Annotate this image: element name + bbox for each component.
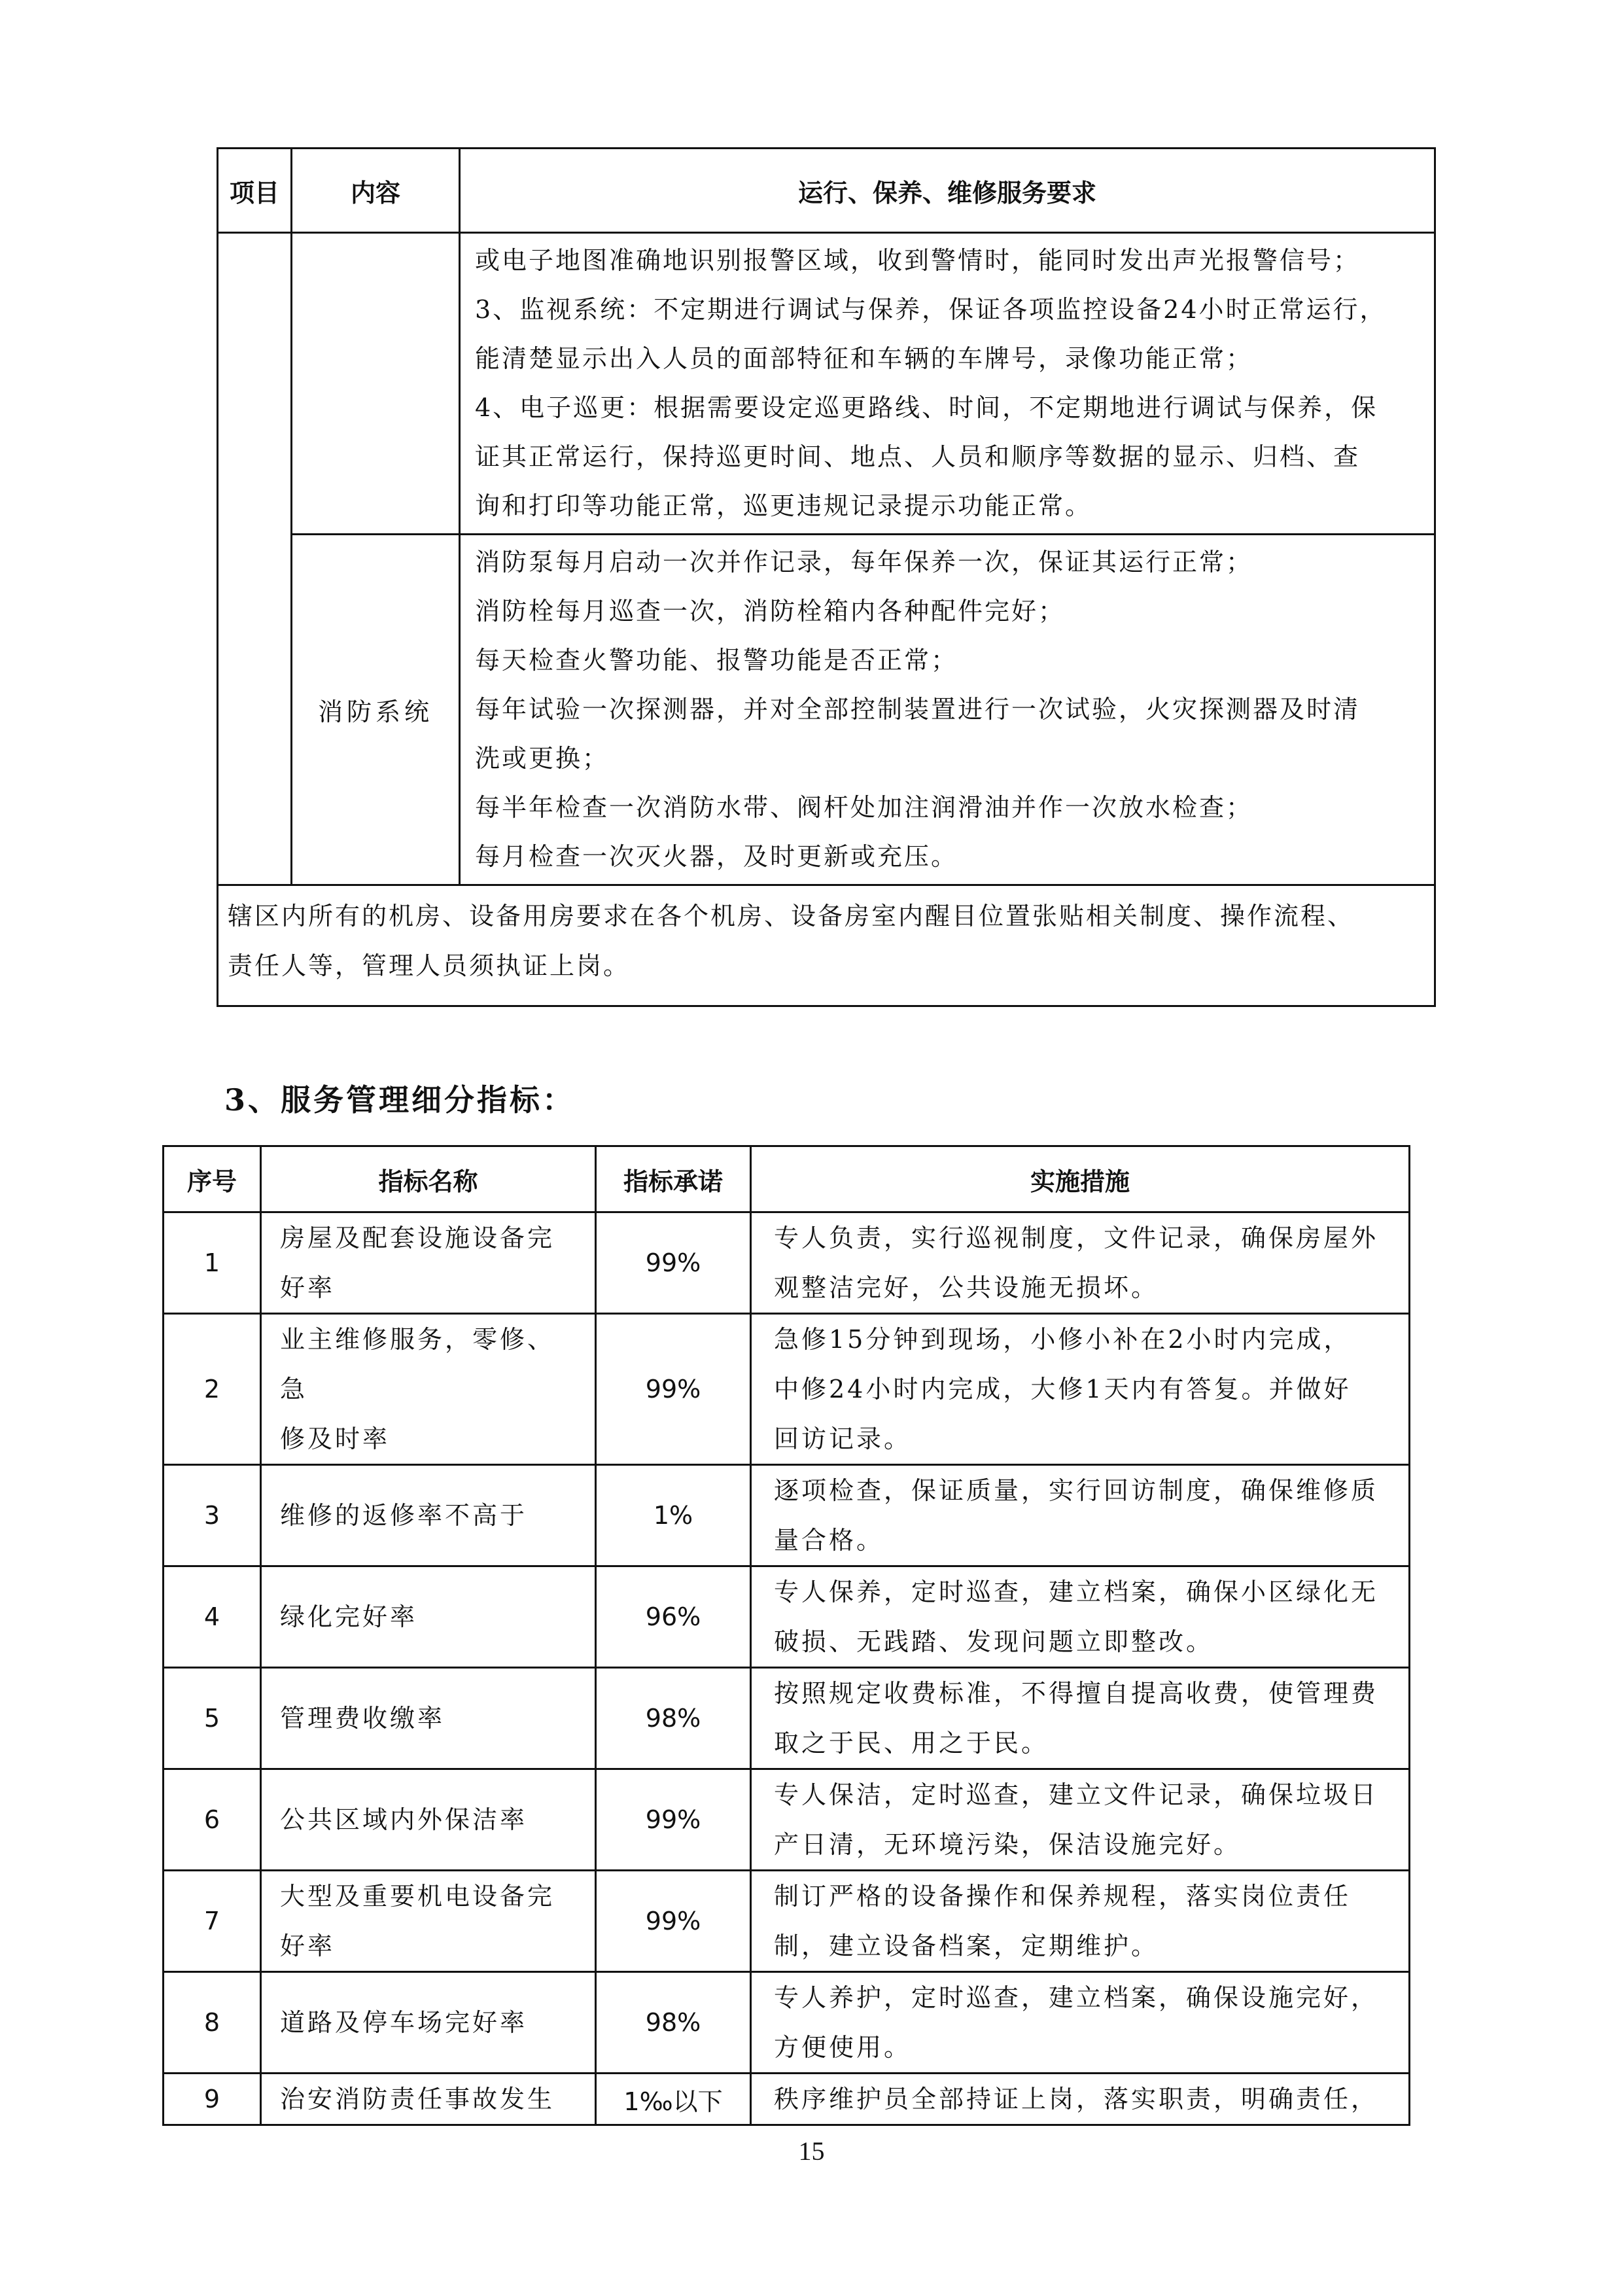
name-line: 道路及停车场完好率: [280, 1998, 580, 2047]
row-number: 8: [164, 1972, 261, 2074]
measure-line: 专人养护，定时巡查，建立档案，确保设施完好，: [774, 1973, 1397, 2022]
indicator-commitment: 98%: [596, 1668, 751, 1769]
measure-line: 方便使用。: [774, 2022, 1397, 2072]
measure-line: 制订严格的设备操作和保养规程，落实岗位责任: [774, 1871, 1397, 1921]
table1-row-security: 或电子地图准确地识别报警区域，收到警情时，能同时发出声光报警信号； 3、监视系统…: [218, 233, 1435, 535]
row-number: 9: [164, 2074, 261, 2125]
measure-line: 回访记录。: [774, 1414, 1397, 1464]
row-number: 2: [164, 1314, 261, 1465]
indicator-commitment: 98%: [596, 1972, 751, 2074]
header-measures: 实施措施: [751, 1146, 1410, 1212]
table-row: 2 业主维修服务，零修、急 修及时率 99% 急修15分钟到现场，小修小补在2小…: [164, 1314, 1410, 1465]
indicator-commitment: 1‰以下: [596, 2074, 751, 2125]
requirement-line: 每月检查一次灭火器，及时更新或充压。: [475, 832, 1425, 881]
name-line: 维修的返修率不高于: [280, 1491, 580, 1540]
indicator-name: 公共区域内外保洁率: [261, 1769, 596, 1871]
row-number: 4: [164, 1566, 261, 1668]
header-item: 项目: [218, 149, 292, 233]
requirement-line: 消防栓每月巡查一次，消防栓箱内各种配件完好；: [475, 587, 1425, 636]
measure-line: 制，建立设备档案，定期维护。: [774, 1921, 1397, 1971]
requirement-line: 每半年检查一次消防水带、阀杆处加注润滑油并作一次放水检查；: [475, 783, 1425, 832]
row-number: 3: [164, 1465, 261, 1566]
requirement-line: 或电子地图准确地识别报警区域，收到警情时，能同时发出声光报警信号；: [475, 236, 1425, 285]
name-line: 业主维修服务，零修、急: [280, 1315, 580, 1414]
measure-line: 专人负责，实行巡视制度，文件记录，确保房屋外: [774, 1213, 1397, 1263]
indicator-measures: 逐项检查，保证质量，实行回访制度，确保维修质 量合格。: [751, 1465, 1410, 1566]
indicator-name: 维修的返修率不高于: [261, 1465, 596, 1566]
row-number: 6: [164, 1769, 261, 1871]
indicator-name: 管理费收缴率: [261, 1668, 596, 1769]
name-line: 修及时率: [280, 1414, 580, 1464]
page-number: 15: [0, 2136, 1623, 2166]
requirement-line: 3、监视系统：不定期进行调试与保养，保证各项监控设备24小时正常运行，: [475, 285, 1425, 334]
indicator-measures: 制订严格的设备操作和保养规程，落实岗位责任 制，建立设备档案，定期维护。: [751, 1871, 1410, 1972]
section-heading: 3、服务管理细分指标：: [224, 1076, 575, 1120]
indicator-commitment: 99%: [596, 1871, 751, 1972]
table-row: 8 道路及停车场完好率 98% 专人养护，定时巡查，建立档案，确保设施完好， 方…: [164, 1972, 1410, 2074]
indicator-name: 道路及停车场完好率: [261, 1972, 596, 2074]
table-row: 5 管理费收缴率 98% 按照规定收费标准，不得擅自提高收费，使管理费 取之于民…: [164, 1668, 1410, 1769]
indicator-commitment: 1%: [596, 1465, 751, 1566]
name-line: 好率: [280, 1263, 580, 1313]
item-cell: [218, 233, 292, 885]
measure-line: 中修24小时内完成，大修1天内有答复。并做好: [774, 1364, 1397, 1414]
measure-line: 逐项检查，保证质量，实行回访制度，确保维修质: [774, 1466, 1397, 1515]
indicator-name: 绿化完好率: [261, 1566, 596, 1668]
measure-line: 产日清，无环境污染，保洁设施完好。: [774, 1820, 1397, 1869]
table-row: 9 治安消防责任事故发生 1‰以下 秩序维护员全部持证上岗，落实职责，明确责任，: [164, 2074, 1410, 2125]
requirement-line: 询和打印等功能正常，巡更违规记录提示功能正常。: [475, 482, 1425, 531]
table-row: 6 公共区域内外保洁率 99% 专人保洁，定时巡查，建立文件记录，确保垃圾日 产…: [164, 1769, 1410, 1871]
requirement-line: 证其正常运行，保持巡更时间、地点、人员和顺序等数据的显示、归档、查: [475, 433, 1425, 482]
row-number: 7: [164, 1871, 261, 1972]
measure-line: 按照规定收费标准，不得擅自提高收费，使管理费: [774, 1669, 1397, 1718]
indicator-commitment: 99%: [596, 1769, 751, 1871]
row-number: 1: [164, 1212, 261, 1314]
indicator-name: 房屋及配套设施设备完 好率: [261, 1212, 596, 1314]
header-content: 内容: [292, 149, 460, 233]
note-cell: 辖区内所有的机房、设备用房要求在各个机房、设备房室内醒目位置张贴相关制度、操作流…: [218, 885, 1435, 1006]
table1-row-note: 辖区内所有的机房、设备用房要求在各个机房、设备房室内醒目位置张贴相关制度、操作流…: [218, 885, 1435, 1006]
table1-header-row: 项目 内容 运行、保养、维修服务要求: [218, 149, 1435, 233]
indicator-commitment: 96%: [596, 1566, 751, 1668]
measure-line: 专人保洁，定时巡查，建立文件记录，确保垃圾日: [774, 1770, 1397, 1820]
indicator-measures: 秩序维护员全部持证上岗，落实职责，明确责任，: [751, 2074, 1410, 2125]
table-row: 3 维修的返修率不高于 1% 逐项检查，保证质量，实行回访制度，确保维修质 量合…: [164, 1465, 1410, 1566]
table2-header-row: 序号 指标名称 指标承诺 实施措施: [164, 1146, 1410, 1212]
name-line: 治安消防责任事故发生: [280, 2074, 580, 2124]
requirement-line: 每天检查火警功能、报警功能是否正常；: [475, 636, 1425, 685]
measure-line: 量合格。: [774, 1515, 1397, 1565]
requirement-line: 洗或更换；: [475, 734, 1425, 783]
name-line: 好率: [280, 1921, 580, 1971]
indicator-commitment: 99%: [596, 1212, 751, 1314]
name-line: 房屋及配套设施设备完: [280, 1213, 580, 1263]
indicator-measures: 专人负责，实行巡视制度，文件记录，确保房屋外 观整洁完好，公共设施无损坏。: [751, 1212, 1410, 1314]
content-cell: [292, 233, 460, 535]
requirement-line: 能清楚显示出入人员的面部特征和车辆的车牌号，录像功能正常；: [475, 334, 1425, 383]
requirements-cell: 或电子地图准确地识别报警区域，收到警情时，能同时发出声光报警信号； 3、监视系统…: [460, 233, 1435, 535]
row-number: 5: [164, 1668, 261, 1769]
indicator-measures: 专人保洁，定时巡查，建立文件记录，确保垃圾日 产日清，无环境污染，保洁设施完好。: [751, 1769, 1410, 1871]
table1-row-fire-system: 消防系统 消防泵每月启动一次并作记录，每年保养一次，保证其运行正常； 消防栓每月…: [218, 535, 1435, 885]
requirements-cell: 消防泵每月启动一次并作记录，每年保养一次，保证其运行正常； 消防栓每月巡查一次，…: [460, 535, 1435, 885]
indicator-measures: 急修15分钟到现场，小修小补在2小时内完成， 中修24小时内完成，大修1天内有答…: [751, 1314, 1410, 1465]
name-line: 公共区域内外保洁率: [280, 1795, 580, 1845]
requirement-line: 4、电子巡更：根据需要设定巡更路线、时间，不定期地进行调试与保养，保: [475, 383, 1425, 433]
maintenance-requirements-table: 项目 内容 运行、保养、维修服务要求 或电子地图准确地识别报警区域，收到警情时，…: [217, 147, 1436, 1007]
requirement-line: 每年试验一次探测器，并对全部控制装置进行一次试验，火灾探测器及时清: [475, 685, 1425, 734]
header-no: 序号: [164, 1146, 261, 1212]
name-line: 绿化完好率: [280, 1592, 580, 1642]
note-line: 辖区内所有的机房、设备用房要求在各个机房、设备房室内醒目位置张贴相关制度、操作流…: [228, 891, 1425, 941]
header-commitment: 指标承诺: [596, 1146, 751, 1212]
table-row: 4 绿化完好率 96% 专人保养，定时巡查，建立档案，确保小区绿化无 破损、无践…: [164, 1566, 1410, 1668]
requirement-line: 消防泵每月启动一次并作记录，每年保养一次，保证其运行正常；: [475, 538, 1425, 587]
indicator-measures: 按照规定收费标准，不得擅自提高收费，使管理费 取之于民、用之于民。: [751, 1668, 1410, 1769]
name-line: 大型及重要机电设备完: [280, 1871, 580, 1921]
measure-line: 观整洁完好，公共设施无损坏。: [774, 1263, 1397, 1313]
indicator-commitment: 99%: [596, 1314, 751, 1465]
service-kpi-table: 序号 指标名称 指标承诺 实施措施 1 房屋及配套设施设备完 好率 99% 专人…: [162, 1145, 1410, 2126]
indicator-measures: 专人保养，定时巡查，建立档案，确保小区绿化无 破损、无践踏、发现问题立即整改。: [751, 1566, 1410, 1668]
name-line: 管理费收缴率: [280, 1693, 580, 1743]
content-cell-fire-system: 消防系统: [292, 535, 460, 885]
indicator-measures: 专人养护，定时巡查，建立档案，确保设施完好， 方便使用。: [751, 1972, 1410, 2074]
measure-line: 专人保养，定时巡查，建立档案，确保小区绿化无: [774, 1567, 1397, 1617]
header-requirements: 运行、保养、维修服务要求: [460, 149, 1435, 233]
note-line: 责任人等，管理人员须执证上岗。: [228, 941, 1425, 991]
table-row: 7 大型及重要机电设备完 好率 99% 制订严格的设备操作和保养规程，落实岗位责…: [164, 1871, 1410, 1972]
indicator-name: 业主维修服务，零修、急 修及时率: [261, 1314, 596, 1465]
measure-line: 急修15分钟到现场，小修小补在2小时内完成，: [774, 1315, 1397, 1364]
measure-line: 取之于民、用之于民。: [774, 1718, 1397, 1768]
measure-line: 秩序维护员全部持证上岗，落实职责，明确责任，: [774, 2074, 1397, 2124]
header-name: 指标名称: [261, 1146, 596, 1212]
indicator-name: 治安消防责任事故发生: [261, 2074, 596, 2125]
indicator-name: 大型及重要机电设备完 好率: [261, 1871, 596, 1972]
table-row: 1 房屋及配套设施设备完 好率 99% 专人负责，实行巡视制度，文件记录，确保房…: [164, 1212, 1410, 1314]
measure-line: 破损、无践踏、发现问题立即整改。: [774, 1617, 1397, 1667]
